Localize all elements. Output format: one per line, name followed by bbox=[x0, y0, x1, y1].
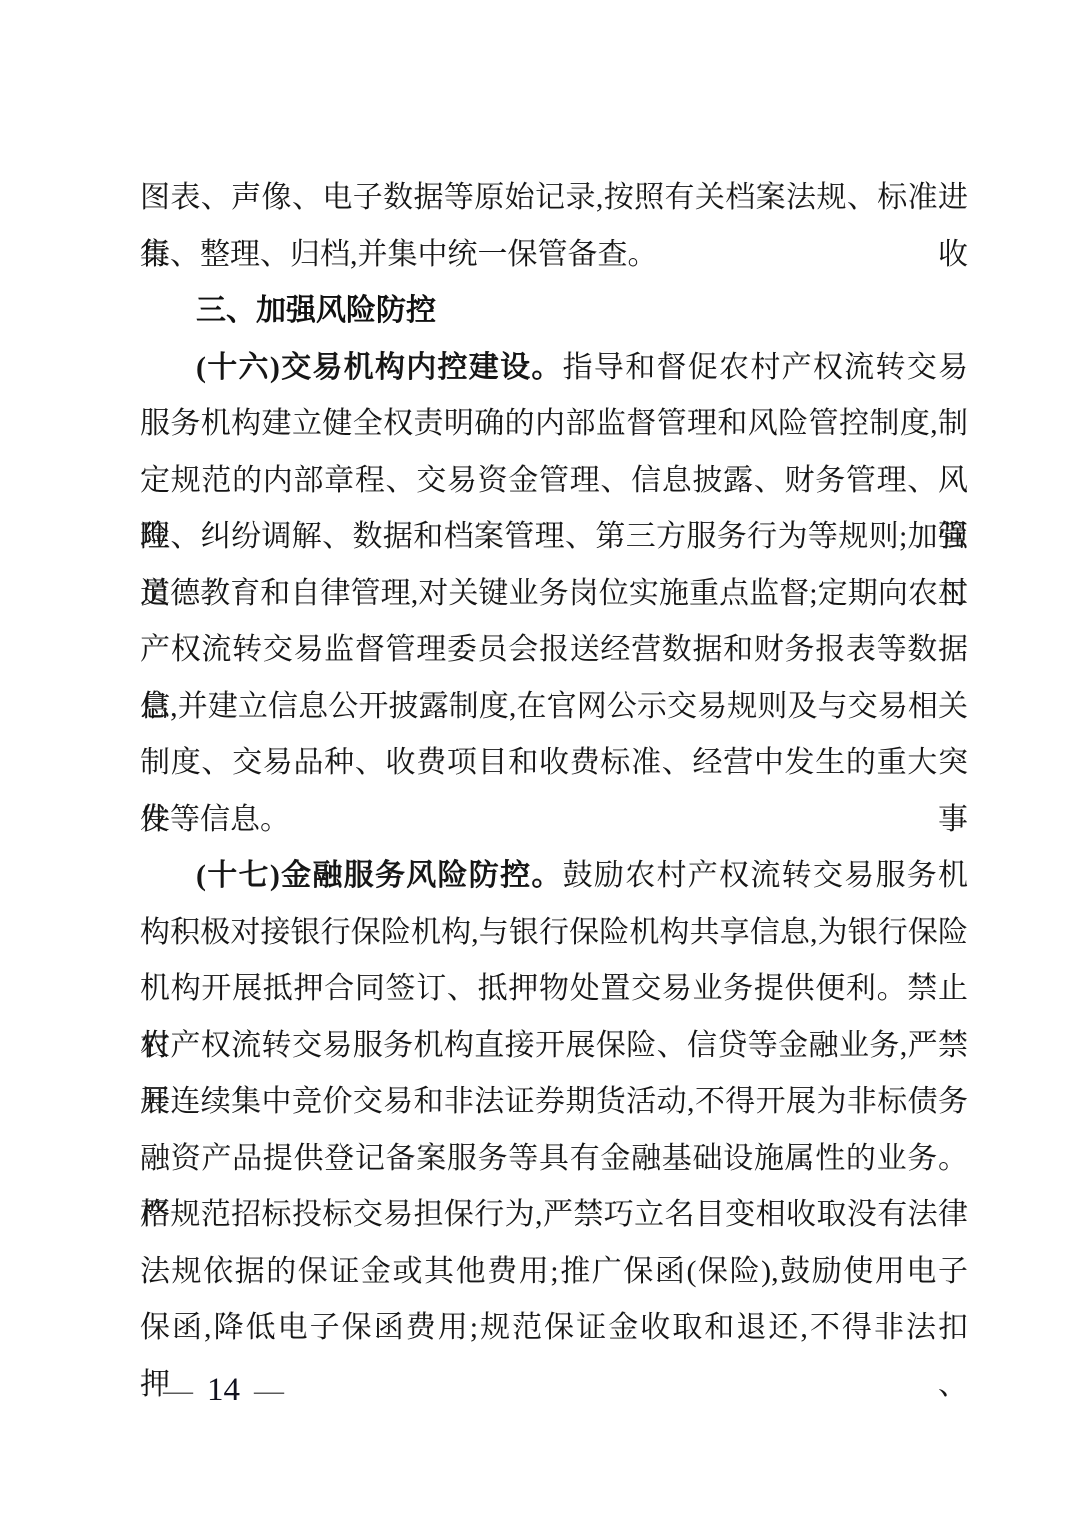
text-line: 道德教育和自律管理,对关键业务岗位实施重点监督;定期向农村 bbox=[140, 566, 968, 623]
line-text: 集、整理、归档,并集中统一保管备查。 bbox=[140, 238, 658, 271]
text-line: 息,并建立信息公开披露制度,在官网公示交易规则及与交易相关 bbox=[140, 679, 968, 736]
line-text: 构积极对接银行保险机构,与银行保险机构共享信息,为银行保险 bbox=[140, 916, 968, 949]
page-number-dash-left: — bbox=[163, 1362, 193, 1419]
paragraph-lead-bold: (十六)交易机构内控建设。 bbox=[196, 351, 563, 384]
text-line: 融资产品提供登记备案服务等具有金融基础设施属性的业务。严 bbox=[140, 1131, 968, 1188]
text-line: 理、纠纷调解、数据和档案管理、第三方服务行为等规则;加强员工 bbox=[140, 509, 968, 566]
document-body: 图表、声像、电子数据等原始记录,按照有关档案法规、标准进行收集、整理、归档,并集… bbox=[140, 170, 968, 1357]
text-line: 村产权流转交易服务机构直接开展保险、信贷等金融业务,严禁开 bbox=[140, 1018, 968, 1075]
page-number-value: 14 bbox=[207, 1362, 240, 1419]
text-line: 定规范的内部章程、交易资金管理、信息披露、财务管理、风险管 bbox=[140, 453, 968, 510]
section-heading: 三、加强风险防控 bbox=[140, 283, 968, 340]
line-text: 服务机构建立健全权责明确的内部监督管理和风险管控制度,制 bbox=[140, 407, 968, 440]
document-page: 图表、声像、电子数据等原始记录,按照有关档案法规、标准进行收集、整理、归档,并集… bbox=[0, 0, 1080, 1528]
text-line: 保函,降低电子保函费用;规范保证金收取和退还,不得非法扣押、 bbox=[140, 1300, 968, 1357]
line-text: 法规依据的保证金或其他费用;推广保函(保险),鼓励使用电子 bbox=[140, 1255, 968, 1288]
line-text: 件等信息。 bbox=[140, 803, 290, 836]
line-text: 道德教育和自律管理,对关键业务岗位实施重点监督;定期向农村 bbox=[140, 577, 968, 610]
line-text: 鼓励农村产权流转交易服务机 bbox=[563, 859, 968, 892]
line-text: 三、加强风险防控 bbox=[196, 294, 436, 327]
line-text: 展连续集中竞价交易和非法证券期货活动,不得开展为非标债务 bbox=[140, 1085, 968, 1118]
line-text: 息,并建立信息公开披露制度,在官网公示交易规则及与交易相关 bbox=[140, 690, 968, 723]
page-number: — 14 — bbox=[163, 1362, 284, 1419]
text-line: (十七)金融服务风险防控。鼓励农村产权流转交易服务机 bbox=[140, 848, 968, 905]
paragraph-lead-bold: (十七)金融服务风险防控。 bbox=[196, 859, 563, 892]
text-line: 服务机构建立健全权责明确的内部监督管理和风险管控制度,制 bbox=[140, 396, 968, 453]
text-line: 图表、声像、电子数据等原始记录,按照有关档案法规、标准进行收 bbox=[140, 170, 968, 227]
text-line: 格规范招标投标交易担保行为,严禁巧立名目变相收取没有法律 bbox=[140, 1187, 968, 1244]
text-line: 机构开展抵押合同签订、抵押物处置交易业务提供便利。禁止农 bbox=[140, 961, 968, 1018]
text-line: 展连续集中竞价交易和非法证券期货活动,不得开展为非标债务 bbox=[140, 1074, 968, 1131]
text-line: (十六)交易机构内控建设。指导和督促农村产权流转交易 bbox=[140, 340, 968, 397]
page-number-dash-right: — bbox=[254, 1362, 284, 1419]
text-line: 制度、交易品种、收费项目和收费标准、经营中发生的重大突发事 bbox=[140, 735, 968, 792]
text-line: 构积极对接银行保险机构,与银行保险机构共享信息,为银行保险 bbox=[140, 905, 968, 962]
line-text: 格规范招标投标交易担保行为,严禁巧立名目变相收取没有法律 bbox=[140, 1198, 968, 1231]
line-text: 指导和督促农村产权流转交易 bbox=[563, 351, 968, 384]
text-line: 法规依据的保证金或其他费用;推广保函(保险),鼓励使用电子 bbox=[140, 1244, 968, 1301]
text-line: 产权流转交易监督管理委员会报送经营数据和财务报表等数据信 bbox=[140, 622, 968, 679]
